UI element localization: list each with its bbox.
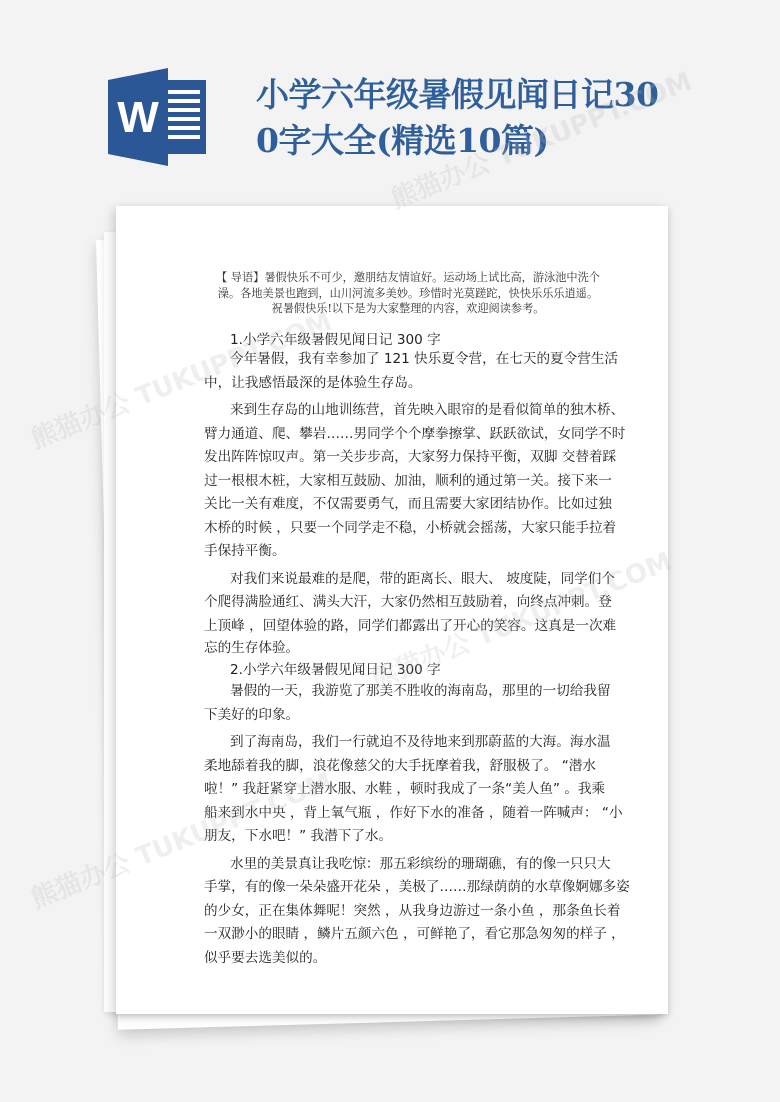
paragraph-line: 一双渺小的眼睛 ，鳞片五颜六色 ，可鲜艳了，看它那急匆匆的样子 ，: [204, 923, 616, 947]
document-preview: 【 导语】暑假快乐不可少，邀朋结友情谊好。运动场上试比高，游泳池中洗个 澡。各地…: [0, 0, 780, 1102]
paragraph-line: 暑假的一天，我游览了那美不胜收的海南岛，那里的一切给我留: [204, 680, 616, 704]
paragraph-line: 中，让我感悟最深的是体验生存岛。: [204, 372, 616, 396]
paragraph-line: 个爬得满脸通红、满头大汗，大家仍然相互鼓励着，向终点冲刺。登: [204, 591, 616, 615]
paragraph-line: 手掌，有的像一朵朵盛开花朵 ，美极了……那绿荫荫的水草像婀娜多姿: [204, 876, 616, 900]
paragraph-line: 木桥的时候 ，只要一个同学走不稳，小桥就会摇荡，大家只能手拉着: [204, 517, 616, 541]
paragraph-line: 关比一关有难度，不仅需要勇气，而且需要大家团结协作。比如过独: [204, 493, 616, 517]
intro-line: 祝暑假快乐!以下是为大家整理的内容，欢迎阅读参考。: [196, 301, 620, 317]
paragraph-line: 来到生存岛的山地训练营，首先映入眼帘的是看似简单的独木桥、: [204, 399, 616, 423]
intro-paragraph: 【 导语】暑假快乐不可少，邀朋结友情谊好。运动场上试比高，游泳池中洗个 澡。各地…: [196, 270, 620, 317]
paragraph: 到了海南岛，我们一行就迫不及待地来到那蔚蓝的大海。海水温 柔地舔着我的脚，浪花像…: [204, 731, 616, 849]
paragraph: 今年暑假，我有幸参加了 121 快乐夏令营，在七天的夏令营生活 中，让我感悟最深…: [204, 348, 616, 395]
paragraph-line: 水里的美景真让我吃惊：那五彩缤纷的珊瑚礁，有的像一只只大: [204, 853, 616, 877]
paragraph-line: 臂力通道、爬、攀岩……男同学个个摩拳擦掌、跃跃欲试，女同学不时: [204, 423, 616, 447]
paragraph-line: 上顶峰 ，回望体验的路，同学们都露出了开心的笑容。这真是一次难: [204, 615, 616, 639]
paragraph-line: 忘的生存体验。: [204, 638, 616, 658]
paragraph: 来到生存岛的山地训练营，首先映入眼帘的是看似简单的独木桥、 臂力通道、爬、攀岩……: [204, 399, 616, 564]
paragraph-line: 到了海南岛，我们一行就迫不及待地来到那蔚蓝的大海。海水温: [204, 731, 616, 755]
paragraph-line: 过一根根木桩，大家相互鼓励、加油，顺利的通过第一关。接下来一: [204, 470, 616, 494]
paragraph-line: 对我们来说最难的是爬，带的距离长、眼大、 坡度陡，同学们个: [204, 568, 616, 592]
paragraph: 暑假的一天，我游览了那美不胜收的海南岛，那里的一切给我留 下美好的印象。: [204, 680, 616, 727]
watermark: 熊猫办公 TUKUPPT.COM: [385, 61, 697, 216]
paragraph-line: 柔地舔着我的脚，浪花像慈父的大手抚摩着我，舒服极了。 “潜水: [204, 755, 616, 779]
paragraph: 对我们来说最难的是爬，带的距离长、眼大、 坡度陡，同学们个 个爬得满脸通红、满头…: [204, 568, 616, 659]
paragraph-line: 发出阵阵惊叹声。第一关步步高，大家努力保持平衡，双脚 交替着踩: [204, 446, 616, 470]
paragraph-line: 似乎要去选美似的。: [204, 947, 616, 971]
intro-line: 【 导语】暑假快乐不可少，邀朋结友情谊好。运动场上试比高，游泳池中洗个: [196, 270, 620, 286]
section-heading: 1.小学六年级暑假见闻日记 300 字: [204, 330, 616, 350]
paragraph-line: 的少女，正在集体舞呢！突然 ，从我身边游过一条小鱼 ，那条鱼长着: [204, 900, 616, 924]
paragraph: 水里的美景真让我吃惊：那五彩缤纷的珊瑚礁，有的像一只只大 手掌，有的像一朵朵盛开…: [204, 853, 616, 971]
paragraph-line: 手保持平衡。: [204, 540, 616, 564]
paragraph-line: 啦！” 我赶紧穿上潜水服、水鞋 ，顿时我成了一条“美人鱼” 。我乘: [204, 778, 616, 802]
paragraph-line: 船来到水中央 ，背上氧气瓶 ，作好下水的准备 ，随着一阵喊声： “小: [204, 802, 616, 826]
document-body: 1.小学六年级暑假见闻日记 300 字 今年暑假，我有幸参加了 121 快乐夏令…: [204, 330, 616, 972]
paragraph-line: 下美好的印象。: [204, 704, 616, 728]
section-heading: 2.小学六年级暑假见闻日记 300 字: [204, 660, 616, 680]
intro-line: 澡。各地美景也跑到，山川河流多美妙。珍惜时光莫蹉跎，快快乐乐乐逍遥。: [196, 286, 620, 302]
paragraph-line: 朋友，下水吧！” 我潜下了水。: [204, 825, 616, 849]
paragraph-line: 今年暑假，我有幸参加了 121 快乐夏令营，在七天的夏令营生活: [204, 348, 616, 372]
